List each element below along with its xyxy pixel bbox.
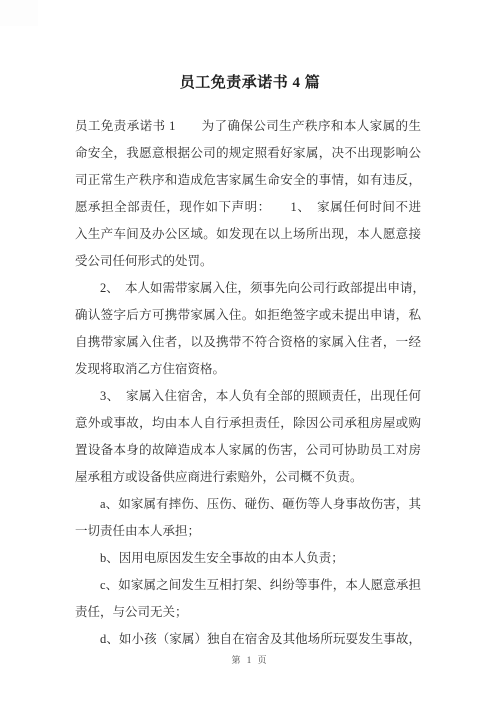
paragraph: c、如家属之间发生互相打架、纠纷等事件，本人愿意承担责任，与公司无关；: [75, 572, 421, 626]
text-line: 命安全，我愿意根据公司的规定照看好家属，决不出现影响公: [75, 140, 421, 167]
text-line: 员工免责承诺书 1 为了确保公司生产秩序和本人家属的生: [75, 113, 421, 140]
page-title: 员工免责承诺书 4 篇: [0, 72, 500, 94]
text-line: 司正常生产秩序和造成危害家属生命安全的事情，如有违反，: [75, 167, 421, 194]
paragraph: b、因用电原因发生安全事故的由本人负责；: [75, 545, 421, 572]
paragraph: 2、 本人如需带家属入住，须事先向公司行政部提出申请，确认签字后方可携带家属入住…: [75, 275, 421, 383]
text-line: 受公司任何形式的处罚。: [75, 248, 421, 275]
paragraph: 3、 家属入住宿舍，本人负有全部的照顾责任，出现任何意外或事故，均由本人自行承担…: [75, 383, 421, 491]
text-line: 责任，与公司无关；: [75, 599, 421, 626]
text-line: c、如家属之间发生互相打架、纠纷等事件，本人愿意承担: [75, 572, 421, 599]
text-line: 3、 家属入住宿舍，本人负有全部的照顾责任，出现任何: [75, 383, 421, 410]
text-line: 2、 本人如需带家属入住，须事先向公司行政部提出申请，: [75, 275, 421, 302]
text-line: b、因用电原因发生安全事故的由本人负责；: [75, 545, 421, 572]
text-line: 置设备本身的故障造成本人家属的伤害，公司可协助员工对房: [75, 437, 421, 464]
paragraph: d、如小孩（家属）独自在宿舍及其他场所玩耍发生事故，: [75, 626, 421, 653]
text-line: 愿承担全部责任，现作如下声明： 1、 家属任何时间不进: [75, 194, 421, 221]
text-line: 确认签字后方可携带家属入住。如拒绝签字或未提出申请，私: [75, 302, 421, 329]
text-line: 自携带家属入住者，以及携带不符合资格的家属入住者，一经: [75, 329, 421, 356]
scan-artifact: [0, 0, 38, 26]
text-line: 一切责任由本人承担；: [75, 518, 421, 545]
paragraph: 员工免责承诺书 1 为了确保公司生产秩序和本人家属的生命安全，我愿意根据公司的规…: [75, 113, 421, 275]
text-line: d、如小孩（家属）独自在宿舍及其他场所玩耍发生事故，: [75, 626, 421, 653]
text-line: a、如家属有摔伤、压伤、碰伤、砸伤等人身事故伤害，其: [75, 491, 421, 518]
document-page: 员工免责承诺书 4 篇 员工免责承诺书 1 为了确保公司生产秩序和本人家属的生命…: [0, 0, 500, 708]
text-line: 发现将取消乙方住宿资格。: [75, 356, 421, 383]
page-number: 第 1 页: [0, 653, 500, 667]
document-body: 员工免责承诺书 1 为了确保公司生产秩序和本人家属的生命安全，我愿意根据公司的规…: [75, 113, 421, 653]
paragraph: a、如家属有摔伤、压伤、碰伤、砸伤等人身事故伤害，其一切责任由本人承担；: [75, 491, 421, 545]
text-line: 入生产车间及办公区域。如发现在以上场所出现，本人愿意接: [75, 221, 421, 248]
text-line: 屋承租方或设备供应商进行索赔外，公司概不负责。: [75, 464, 421, 491]
text-line: 意外或事故，均由本人自行承担责任，除因公司承租房屋或购: [75, 410, 421, 437]
